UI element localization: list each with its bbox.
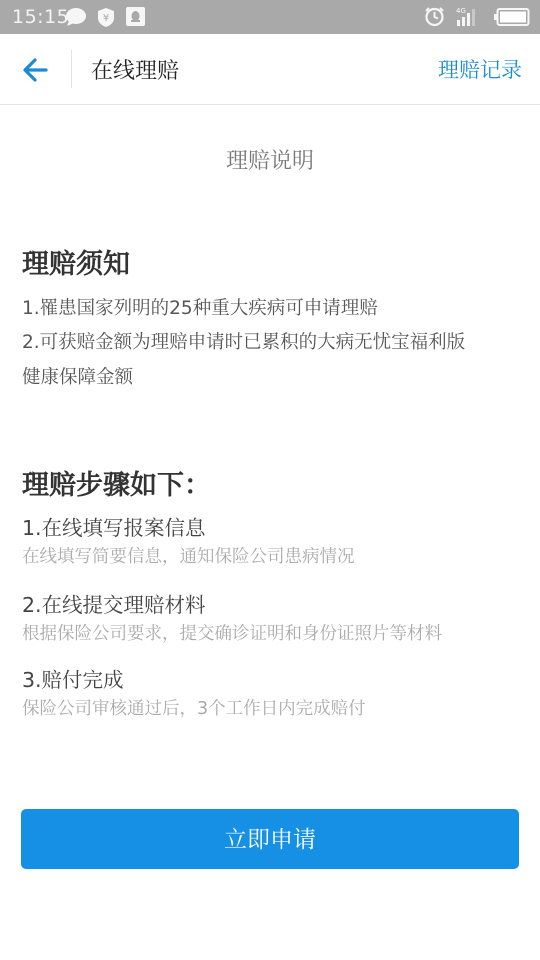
page-title: 在线理赔 (91, 54, 179, 85)
chat-bubble-icon (65, 7, 87, 31)
step-description: 根据保险公司要求，提交确诊证明和身份证照片等材料 (22, 620, 442, 645)
svg-text:¥: ¥ (103, 13, 109, 24)
battery-icon (494, 8, 530, 30)
claim-description-title: 理赔说明 (0, 144, 540, 175)
claim-records-link[interactable]: 理赔记录 (438, 54, 522, 84)
back-button[interactable] (16, 50, 56, 90)
step-title: 3.赔付完成 (22, 663, 124, 693)
notice-line: 2.可获赔金额为理赔申请时已累积的大病无忧宝福利版 (22, 328, 465, 354)
4g-signal-icon: 4G (456, 6, 484, 32)
step-title: 1.在线填写报案信息 (22, 511, 206, 541)
status-time: 15:15 (12, 6, 69, 28)
alarm-clock-icon (424, 6, 445, 31)
claim-notice-heading: 理赔须知 (22, 242, 130, 281)
notice-line: 1.罹患国家列明的25种重大疾病可申请理赔 (22, 294, 378, 320)
status-bar: 15:15 ¥ 4G (0, 0, 540, 34)
step-title: 2.在线提交理赔材料 (22, 588, 206, 618)
svg-text:4G: 4G (456, 7, 466, 15)
notice-line: 健康保障金额 (22, 363, 133, 389)
shield-yen-icon: ¥ (97, 7, 115, 32)
apply-now-button[interactable]: 立即申请 (21, 809, 519, 869)
claim-steps-heading: 理赔步骤如下： (22, 463, 211, 502)
app-header: 在线理赔 理赔记录 (0, 34, 540, 105)
step-description: 在线填写简要信息，通知保险公司患病情况 (22, 543, 355, 568)
step-description: 保险公司审核通过后，3个工作日内完成赔付 (22, 695, 366, 720)
qq-penguin-icon (126, 7, 145, 30)
header-divider (71, 50, 72, 88)
arrow-left-icon (16, 50, 56, 90)
